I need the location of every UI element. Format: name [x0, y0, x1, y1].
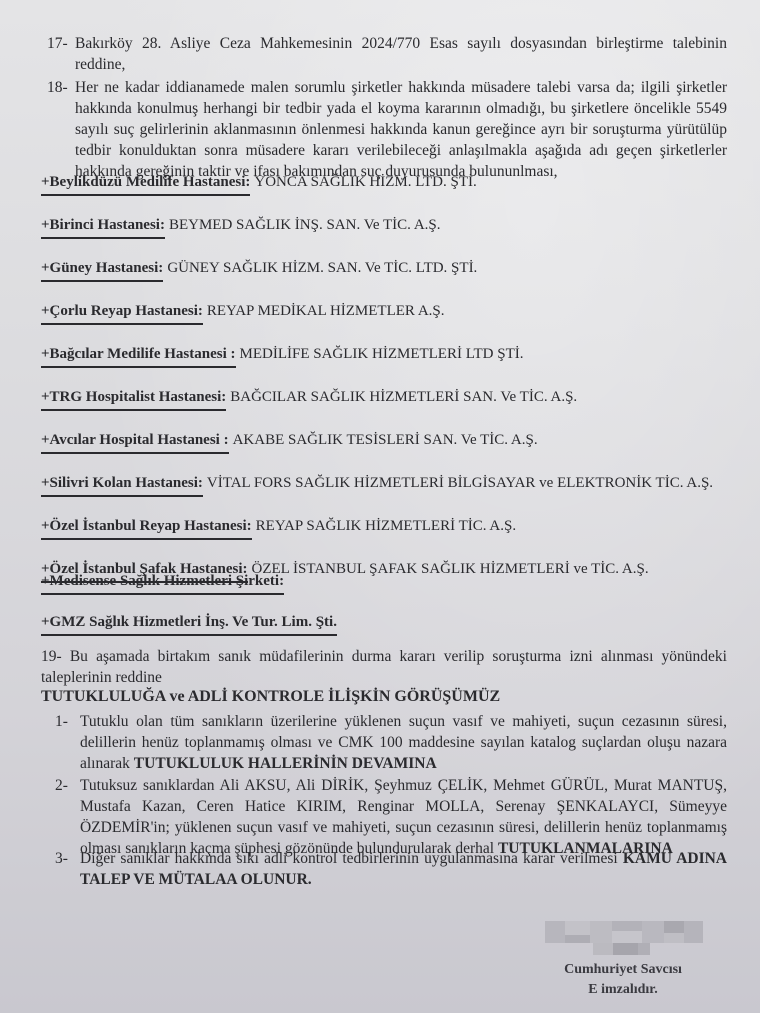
company-entry: +Beylikdüzü Medilife Hastanesi:YONCA SAĞ…: [41, 172, 477, 196]
sub-item-2: 2- Tutuksuz sanıklardan Ali AKSU, Ali Dİ…: [55, 775, 727, 859]
hospital-name: +Birinci Hastanesi:: [41, 215, 165, 239]
item-number: 19-: [41, 648, 62, 665]
item-number: 17-: [47, 33, 68, 54]
sub-item-bold: TUTUKLULUK HALLERİNİN DEVAMINA: [134, 755, 437, 772]
item-text: 19- Bu aşamada birtakım sanık müdafileri…: [41, 646, 727, 667]
company-entry: +Silivri Kolan Hastanesi:VİTAL FORS SAĞL…: [41, 473, 713, 497]
hospital-name: +GMZ Sağlık Hizmetleri İnş. Ve Tur. Lim.…: [41, 612, 337, 636]
company-entry: +Bağcılar Medilife Hastanesi :MEDİLİFE S…: [41, 344, 524, 368]
item-text-line: Bu aşamada birtakım sanık müdafilerinin …: [70, 648, 727, 665]
hospital-name: +Avcılar Hospital Hastanesi :: [41, 430, 229, 454]
item-text: hakkında konulmuş herhangi bir tedbir ya…: [75, 98, 727, 119]
item-text: reddine,: [75, 54, 727, 75]
sub-item-3: 3- Diğer sanıklar hakkında sıkı adli kon…: [55, 848, 727, 890]
company-name: BAĞCILAR SAĞLIK HİZMETLERİ SAN. Ve TİC. …: [230, 389, 577, 405]
company-name: GÜNEY SAĞLIK HİZM. SAN. Ve TİC. LTD. ŞTİ…: [167, 260, 477, 276]
sub-item-number: 1-: [55, 711, 68, 732]
company-name: YONCA SAĞLIK HİZM. LTD. ŞTİ.: [254, 174, 476, 190]
item-19: 19- Bu aşamada birtakım sanık müdafileri…: [41, 646, 727, 688]
company-name: REYAP SAĞLIK HİZMETLERİ TİC. A.Ş.: [256, 518, 516, 534]
hospital-name: +Beylikdüzü Medilife Hastanesi:: [41, 172, 250, 196]
company-name: VİTAL FORS SAĞLIK HİZMETLERİ BİLGİSAYAR …: [207, 475, 713, 491]
item-18: 18- Her ne kadar iddianamede malen sorum…: [47, 77, 727, 182]
company-entry: +Özel İstanbul Reyap Hastanesi:REYAP SAĞ…: [41, 516, 516, 540]
company-entry: +GMZ Sağlık Hizmetleri İnş. Ve Tur. Lim.…: [41, 612, 341, 636]
company-entry: +Medisense Sağlık Hizmetleri Şirketi:: [41, 571, 288, 595]
hospital-name: +Silivri Kolan Hastanesi:: [41, 473, 203, 497]
company-entry: +Çorlu Reyap Hastanesi:REYAP MEDİKAL HİZ…: [41, 301, 445, 325]
signature-note: E imzalıdır.: [548, 980, 698, 1000]
hospital-name: +Çorlu Reyap Hastanesi:: [41, 301, 203, 325]
sub-item-text: Diğer sanıklar hakkında sıkı adli kontro…: [80, 850, 618, 867]
sub-item-number: 3-: [55, 848, 68, 869]
item-number: 18-: [47, 77, 68, 98]
sub-item-number: 2-: [55, 775, 68, 796]
item-text: Her ne kadar iddianamede malen sorumlu ş…: [75, 77, 727, 98]
item-17: 17- Bakırköy 28. Asliye Ceza Mahkemesini…: [47, 33, 727, 75]
hospital-name: +Medisense Sağlık Hizmetleri Şirketi:: [41, 571, 284, 595]
company-name: ÖZEL İSTANBUL ŞAFAK SAĞLIK HİZMETLERİ ve…: [252, 561, 649, 577]
hospital-name: +TRG Hospitalist Hastanesi:: [41, 387, 226, 411]
item-text: Bakırköy 28. Asliye Ceza Mahkemesinin 20…: [75, 33, 727, 54]
sub-item-1: 1- Tutuklu olan tüm sanıkların üzerileri…: [55, 711, 727, 774]
company-name: REYAP MEDİKAL HİZMETLER A.Ş.: [207, 303, 445, 319]
document-page: 17- Bakırköy 28. Asliye Ceza Mahkemesini…: [0, 0, 760, 1013]
section-heading: TUTUKLULUĞA ve ADLİ KONTROLE İLİŞKİN GÖR…: [41, 688, 500, 706]
hospital-name: +Bağcılar Medilife Hastanesi :: [41, 344, 236, 368]
company-name: BEYMED SAĞLIK İNŞ. SAN. Ve TİC. A.Ş.: [169, 217, 441, 233]
company-name: AKABE SAĞLIK TESİSLERİ SAN. Ve TİC. A.Ş.: [233, 432, 538, 448]
hospital-name: +Özel İstanbul Reyap Hastanesi:: [41, 516, 252, 540]
company-entry: +Birinci Hastanesi:BEYMED SAĞLIK İNŞ. SA…: [41, 215, 441, 239]
company-entry: +Güney Hastanesi:GÜNEY SAĞLIK HİZM. SAN.…: [41, 258, 477, 282]
item-text: tedbir konulduktan sonra müsadere kararı…: [75, 140, 727, 161]
hospital-name: +Güney Hastanesi:: [41, 258, 163, 282]
company-entry: +Avcılar Hospital Hastanesi :AKABE SAĞLI…: [41, 430, 538, 454]
item-text: taleplerinin reddine: [41, 667, 727, 688]
company-name: MEDİLİFE SAĞLIK HİZMETLERİ LTD ŞTİ.: [240, 346, 524, 362]
redacted-name-block: [545, 921, 703, 955]
signature-title: Cumhuriyet Savcısı: [548, 960, 698, 980]
company-entry: +TRG Hospitalist Hastanesi:BAĞCILAR SAĞL…: [41, 387, 577, 411]
item-text: sayılı suç gelirlerinin aklanmasının önl…: [75, 119, 727, 140]
